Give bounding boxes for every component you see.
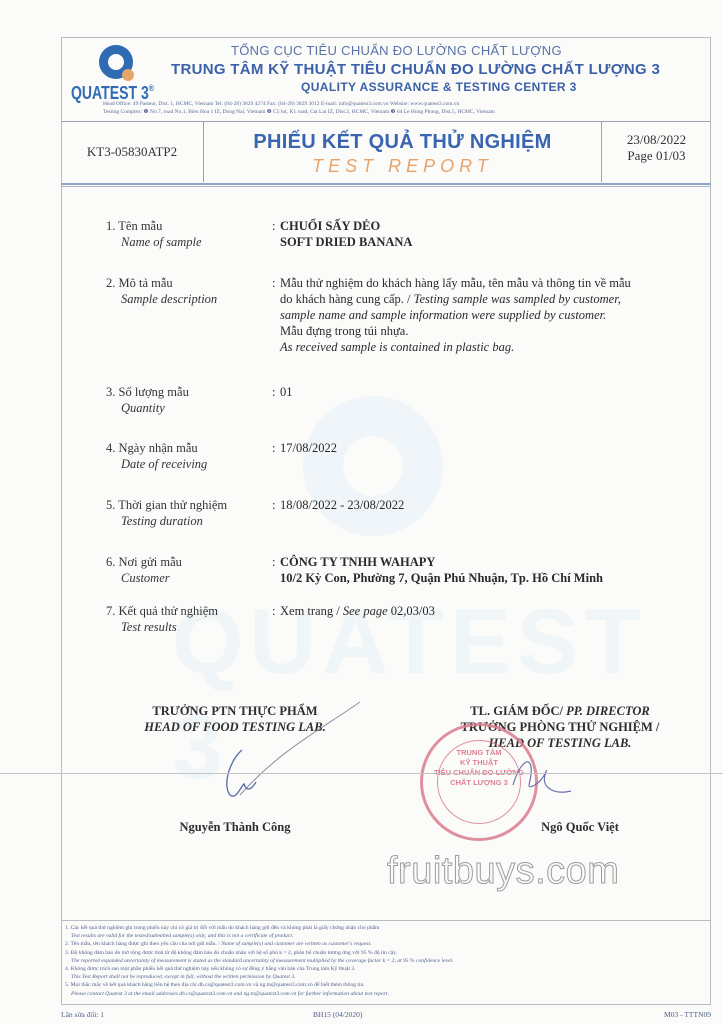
site-watermark: fruitbuys.com xyxy=(387,850,619,893)
footnote-en: Please contact Quatest 3 at the email ad… xyxy=(65,990,707,998)
field-label: 7. Kết quả thử nghiệmTest results xyxy=(106,603,271,635)
quatest-watermark-logo xyxy=(303,396,443,536)
field-label: 2. Mô tả mẫuSample description xyxy=(106,275,271,307)
divider xyxy=(61,183,711,185)
field-value: :01 xyxy=(272,384,712,400)
field-label: 6. Nơi gửi mẫuCustomer xyxy=(106,554,271,586)
handwritten-signature-right xyxy=(505,745,575,805)
page-number: Page 01/03 xyxy=(602,148,711,164)
org-name-vi: TRUNG TÂM KỸ THUẬT TIÊU CHUẨN ĐO LƯỜNG C… xyxy=(171,61,660,78)
revision-number: Lần sửa đổi: 1 xyxy=(61,1010,104,1019)
testing-complex-contact: Testing Complex: ❶ No.7, road No.1, Bien… xyxy=(103,109,707,115)
footnote-vi: 2. Tên mẫu, tên khách hàng được ghi theo… xyxy=(65,940,707,948)
signatory-left-name: Nguyễn Thành Công xyxy=(110,820,360,835)
parent-org: TỔNG CỤC TIÊU CHUẨN ĐO LƯỜNG CHẤT LƯỢNG xyxy=(231,43,562,58)
report-title: PHIẾU KẾT QUẢ THỬ NGHIỆM TEST REPORT xyxy=(204,122,602,182)
letterhead: QUATEST 3® TỔNG CỤC TIÊU CHUẨN ĐO LƯỜNG … xyxy=(61,37,711,122)
field-label: 5. Thời gian thử nghiệmTesting duration xyxy=(106,497,271,529)
footnote-vi: 1. Các kết quả thử nghiệm ghi trong phiế… xyxy=(65,924,707,932)
divider xyxy=(61,186,711,187)
logo-dot-icon xyxy=(122,69,134,81)
signatory-right-name: Ngô Quốc Việt xyxy=(490,820,670,835)
footnote-en: Test results are valid for the tested/su… xyxy=(65,932,707,940)
field-value: :Mẫu thử nghiệm do khách hàng lấy mẫu, t… xyxy=(272,275,712,355)
footnotes: 1. Các kết quả thử nghiệm ghi trong phiế… xyxy=(61,920,711,1007)
field-value: :18/08/2022 - 23/08/2022 xyxy=(272,497,712,513)
org-name-en: QUALITY ASSURANCE & TESTING CENTER 3 xyxy=(301,80,577,94)
field-label: 4. Ngày nhận mẫuDate of receiving xyxy=(106,440,271,472)
footnote-vi: 3. Độ không đảm bảo đo mở rộng được tính… xyxy=(65,949,707,957)
report-title-en: TEST REPORT xyxy=(204,156,601,177)
title-bar: KT3-05830ATP2 PHIẾU KẾT QUẢ THỬ NGHIỆM T… xyxy=(61,122,711,182)
footnote-en: The reported expanded uncertainty of mea… xyxy=(65,957,707,965)
document-code: M03 - TTTN09 xyxy=(664,1010,711,1019)
report-date: 23/08/2022 xyxy=(602,132,711,148)
field-value: :CÔNG TY TNHH WAHAPY10/2 Kỳ Con, Phường … xyxy=(272,554,712,586)
field-label: 1. Tên mẫuName of sample xyxy=(106,218,271,250)
quatest-logo: QUATEST 3® xyxy=(69,41,159,107)
field-value: :CHUỐI SẤY DẺOSOFT DRIED BANANA xyxy=(272,218,712,250)
footnote-vi: 4. Không được trích sao một phần phiếu k… xyxy=(65,965,707,973)
paper-fold-line xyxy=(0,773,723,774)
form-code: BH15 (04/2020) xyxy=(313,1010,362,1019)
report-code: KT3-05830ATP2 xyxy=(61,122,204,182)
footnote-vi: 5. Mọi thắc mắc về kết quả khách hàng li… xyxy=(65,981,707,989)
page-footer: Lần sửa đổi: 1 BH15 (04/2020) M03 - TTTN… xyxy=(61,1010,711,1022)
field-value: :Xem trang / See page 02,03/03 xyxy=(272,603,712,619)
field-label: 3. Số lượng mẫuQuantity xyxy=(106,384,271,416)
head-office-contact: Head Office: 49 Pasteur, Dist. 1, HCMC, … xyxy=(103,101,707,107)
handwritten-signature-left xyxy=(200,700,370,810)
footnote-en: This Test Report shall not be reproduced… xyxy=(65,973,707,981)
report-title-vi: PHIẾU KẾT QUẢ THỬ NGHIỆM xyxy=(204,131,601,154)
field-value: :17/08/2022 xyxy=(272,440,712,456)
report-date-page: 23/08/2022 Page 01/03 xyxy=(602,122,711,182)
